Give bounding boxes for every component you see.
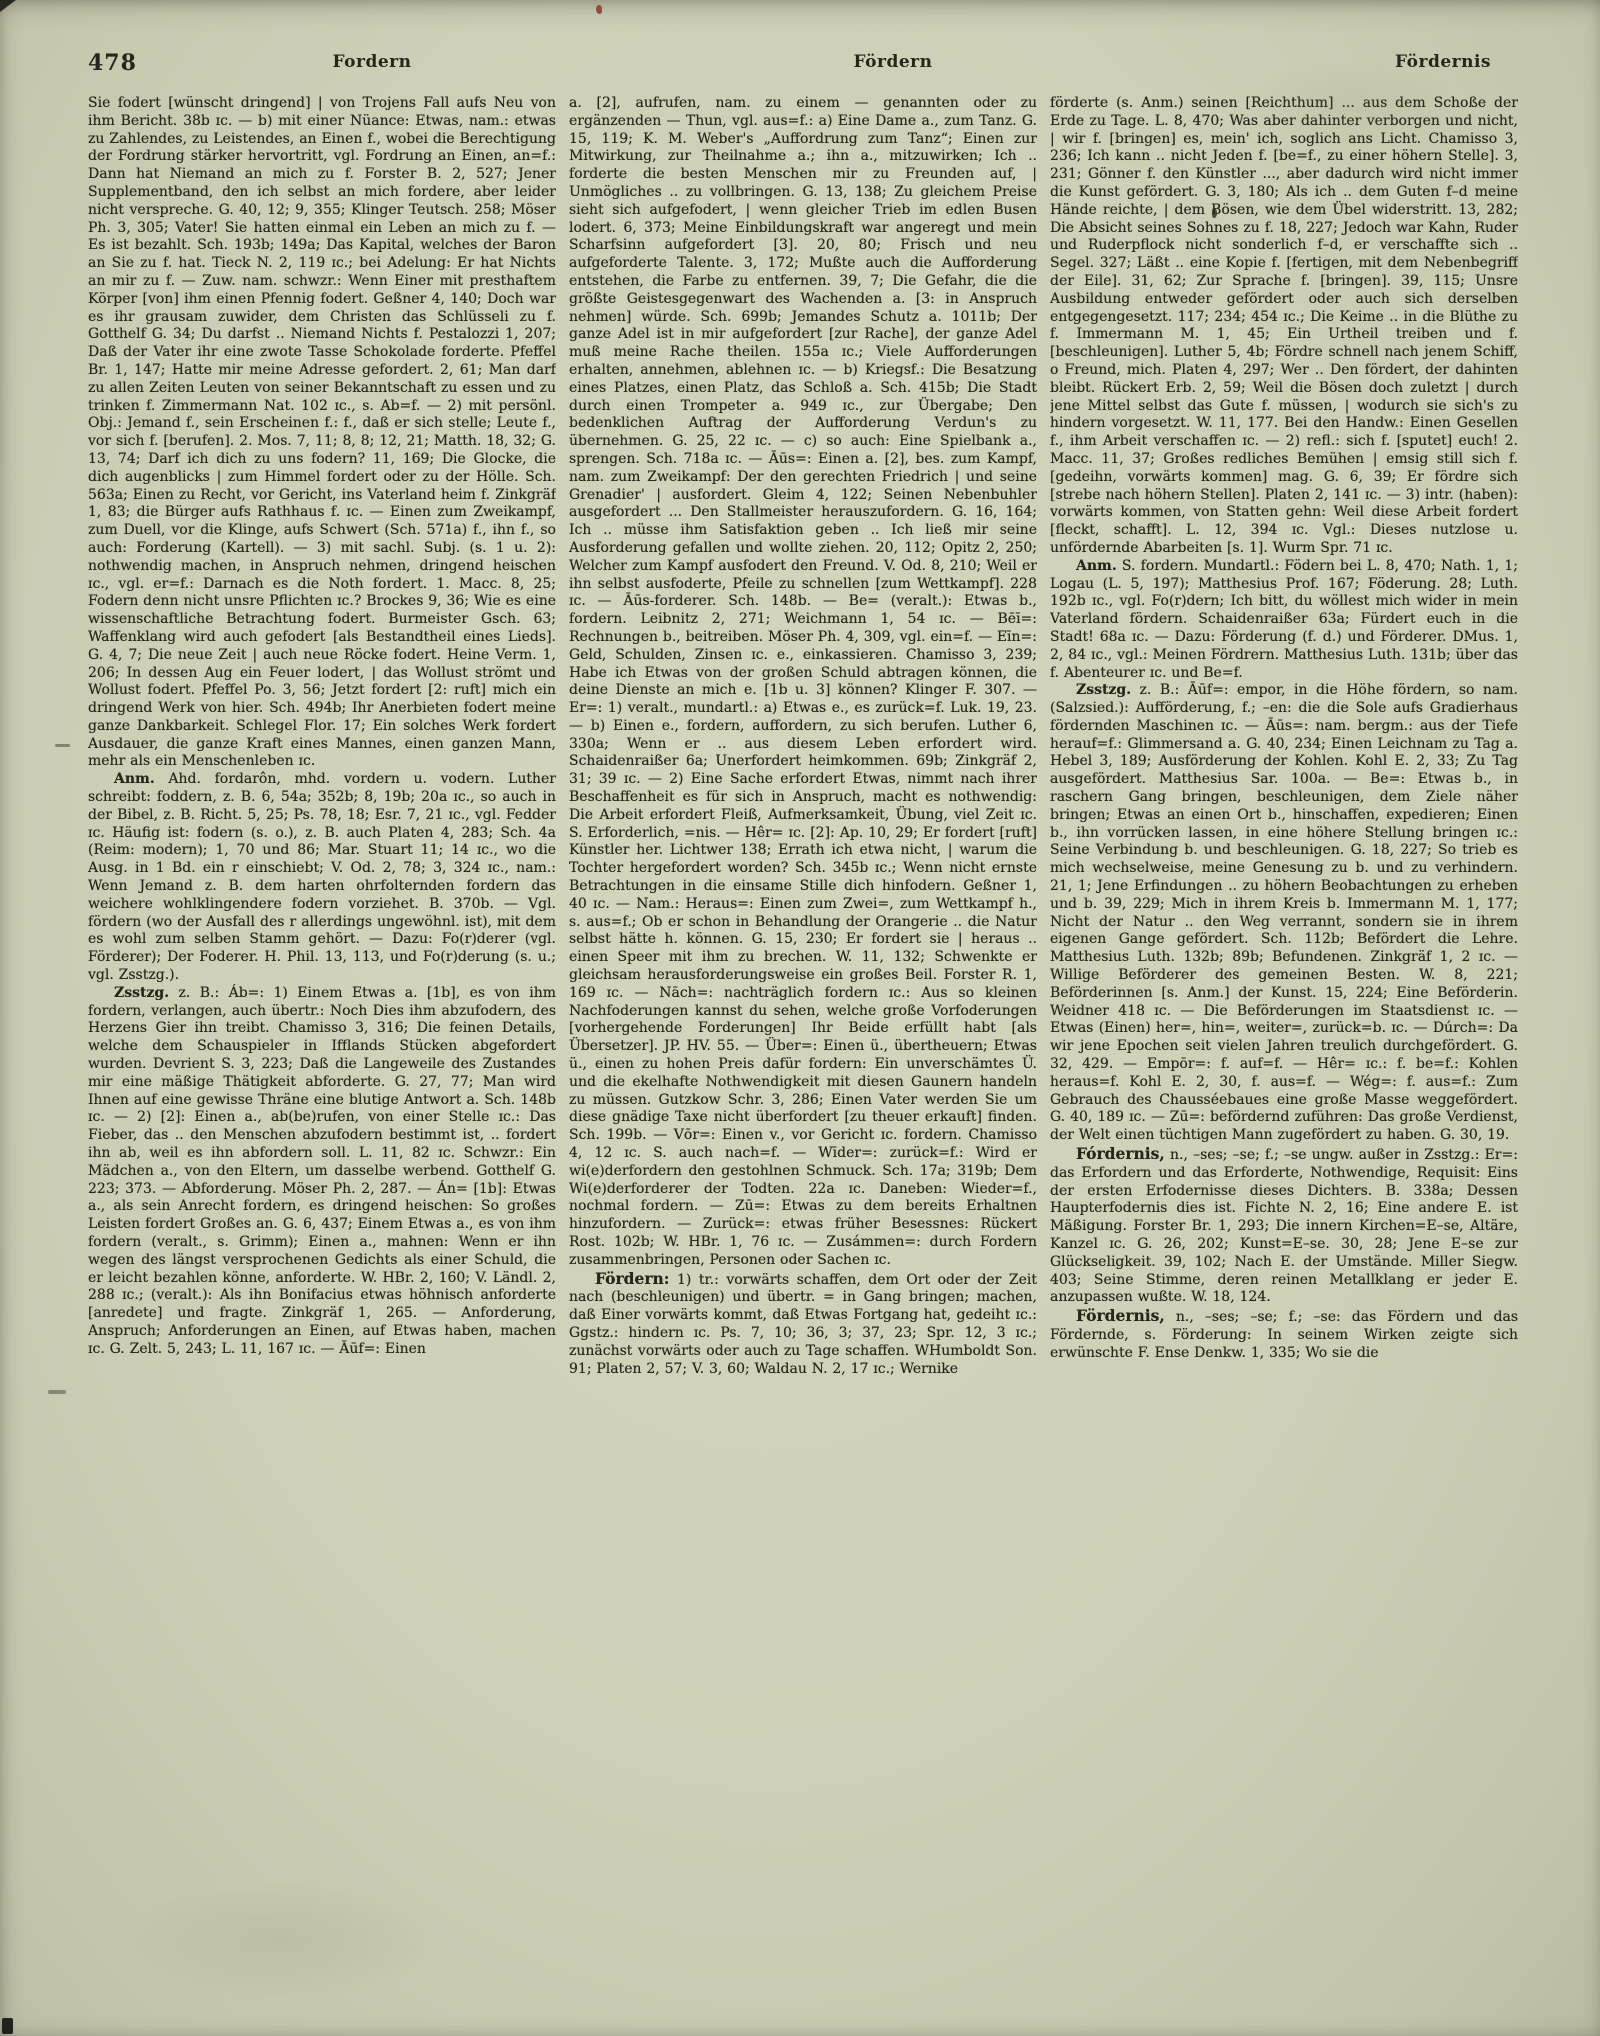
paragraph-text: a. [2], aufrufen, nam. zu einem — genann…: [569, 95, 1037, 1268]
scan-artifact-ink-speck: [1212, 208, 1217, 218]
paragraph-lead: Anm.: [114, 771, 155, 787]
paragraph: Anm. Ahd. fordarôn, mhd. vordern u. vode…: [88, 771, 556, 985]
paragraph-lead: Zsstzg.: [114, 985, 169, 1001]
paragraph: Sie fodert [wünscht dringend] | von Troj…: [88, 95, 556, 771]
scan-artifact-red-speck: [596, 5, 602, 14]
paragraph-text: Ahd. fordarôn, mhd. vordern u. vodern. L…: [88, 771, 556, 983]
paragraph: Fórdernis, n., –ses; –se; f.; –se ungw. …: [1050, 1145, 1518, 1307]
page-number: 478: [88, 50, 137, 76]
paragraph: Fördernis, n., –ses; –se; f.; –se: das F…: [1050, 1307, 1518, 1362]
paragraph-text: z. B.: Áb=: 1) Einem Etwas a. [1b], es v…: [88, 985, 556, 1357]
paragraph-text: n., –ses; –se; f.; –se ungw. außer in Zs…: [1050, 1147, 1518, 1305]
scan-artifact-stain: [1240, 60, 1460, 150]
paragraph: a. [2], aufrufen, nam. zu einem — genann…: [569, 95, 1037, 1270]
paragraph-text: förderte (s. Anm.) seinen [Reichthum] ..…: [1050, 95, 1518, 556]
paragraph: Zsstzg. z. B.: Áb=: 1) Einem Etwas a. [1…: [88, 985, 556, 1359]
running-head-center: Fördern: [854, 52, 933, 72]
scan-artifact-stain: [120, 1880, 440, 2000]
paragraph-text: z. B.: Āūf=: empor, in die Höhe fördern,…: [1050, 682, 1518, 1143]
entry-headword: Fördern:: [595, 1269, 670, 1288]
entry-headword: Fórdernis,: [1076, 1144, 1165, 1163]
paragraph: Anm. S. fordern. Mundartl.: Födern bei L…: [1050, 558, 1518, 683]
scan-artifact-corner-bottom-left: [2, 2018, 13, 2034]
paragraph: Fördern: 1) tr.: vorwärts schaffen, dem …: [569, 1270, 1037, 1379]
text-columns: Sie fodert [wünscht dringend] | von Troj…: [88, 95, 1518, 2005]
paragraph: förderte (s. Anm.) seinen [Reichthum] ..…: [1050, 95, 1518, 558]
dictionary-page: 478 Fordern Fördern Fördernis Sie fodert…: [0, 0, 1600, 2036]
scan-artifact-margin-dash: [48, 1390, 66, 1394]
text-column-2: a. [2], aufrufen, nam. zu einem — genann…: [569, 95, 1037, 2005]
paragraph: Zsstzg. z. B.: Āūf=: empor, in die Höhe …: [1050, 682, 1518, 1145]
text-column-1: Sie fodert [wünscht dringend] | von Troj…: [88, 95, 556, 2005]
text-column-3: förderte (s. Anm.) seinen [Reichthum] ..…: [1050, 95, 1518, 2005]
paragraph-lead: Zsstzg.: [1076, 682, 1131, 698]
paragraph-lead: Anm.: [1076, 558, 1117, 574]
running-head-left: Fordern: [333, 52, 412, 72]
paragraph-text: S. fordern. Mundartl.: Födern bei L. 8, …: [1050, 558, 1518, 681]
paragraph-text: Sie fodert [wünscht dringend] | von Troj…: [88, 95, 556, 769]
scan-artifact-margin-dash: [55, 744, 70, 747]
entry-headword: Fördernis,: [1076, 1306, 1165, 1325]
scan-artifact-corner-top-left: [0, 0, 16, 12]
